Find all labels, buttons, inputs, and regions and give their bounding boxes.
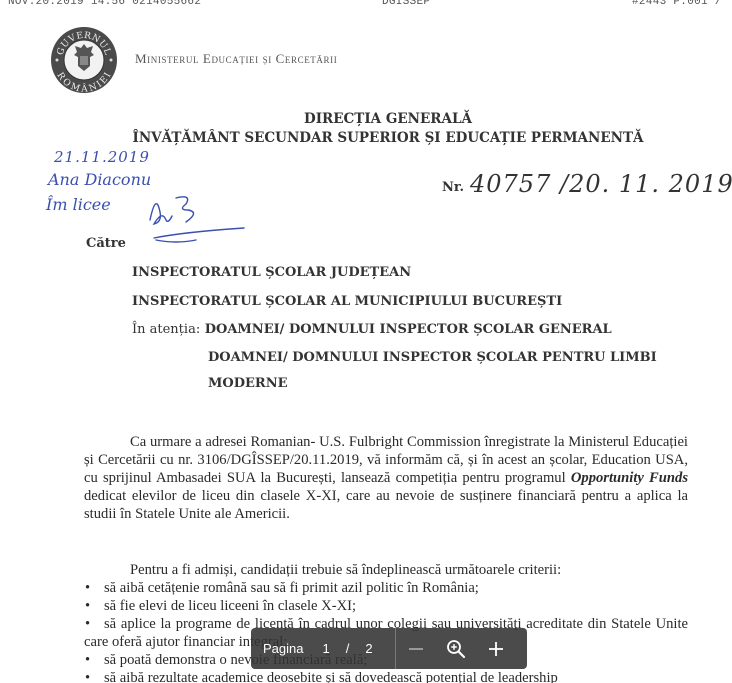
attention-label: În atenția: [132,322,200,337]
attention-general-inspector: DOAMNEI/ DOMNULUI INSPECTOR ȘCOLAR GENER… [205,322,612,337]
criteria-item: să fie elevi de liceu liceeni în clasele… [84,597,688,615]
attention-line: În atenția: DOAMNEI/ DOMNULUI INSPECTOR … [132,322,612,337]
body-paragraph-1: Ca urmare a adresei Romanian- U.S. Fulbr… [84,433,688,523]
attention-languages-inspector: DOAMNEI/ DOMNULUI INSPECTOR ȘCOLAR PENTR… [208,350,657,365]
registration-number: 40757 /20. 11. 2019 [470,170,732,198]
fax-timestamp: NOV.20.2019 14:56 0214055662 [8,0,201,8]
recipient-county-inspectorate: INSPECTORATUL ȘCOLAR JUDEȚEAN [132,265,411,280]
fax-sender: DGISSEP [382,0,430,8]
zoom-in-button[interactable] [476,628,516,669]
zoom-out-button[interactable] [396,628,436,669]
criteria-item: să aibă cetățenie română sau să fi primi… [84,579,688,597]
fit-zoom-button[interactable] [436,628,476,669]
page-label: Pagina [263,641,303,656]
page-separator: / [346,641,350,656]
ministry-name: Ministerul Educației și Cercetării [135,51,337,67]
to-label: Către [86,236,126,251]
handwritten-note: Îm licee [46,195,111,214]
directorate-title: DIRECȚIA GENERALĂ [22,111,732,127]
total-pages: 2 [365,641,372,656]
directorate-subtitle: ÎNVĂȚĂMÂNT SECUNDAR SUPERIOR ȘI EDUCAȚIE… [22,130,732,146]
criteria-item: să aibă rezultate academice deosebite și… [84,669,688,683]
current-page-input[interactable]: 1 [322,641,329,656]
fax-header: NOV.20.2019 14:56 0214055662 DGISSEP #24… [0,0,732,10]
plus-icon [488,641,504,657]
minus-icon [408,641,424,657]
guvernul-romaniei-seal-icon: GUVERNUL ROMÂNIEI [50,26,118,94]
program-name: Opportunity Funds [571,470,688,486]
zoom-in-magnifier-icon [446,639,466,659]
body-paragraph-2: Pentru a fi admiși, candidații trebuie s… [84,561,688,579]
fax-page-counter: #2443 P.001 / [632,0,722,8]
registration-label: Nr. [442,180,464,195]
attention-languages-inspector-cont: MODERNE [208,376,288,391]
recipient-bucharest-inspectorate: INSPECTORATUL ȘCOLAR AL MUNICIPIULUI BUC… [132,294,562,309]
signature-icon [140,188,250,248]
pdf-viewer-toolbar: Pagina 1 / 2 [251,628,527,669]
handwritten-name: Ana Diaconu [48,170,151,189]
para1-text-cont: dedicat elevilor de liceu din clasele X-… [84,488,688,522]
handwritten-date: 21.11.2019 [54,148,150,166]
